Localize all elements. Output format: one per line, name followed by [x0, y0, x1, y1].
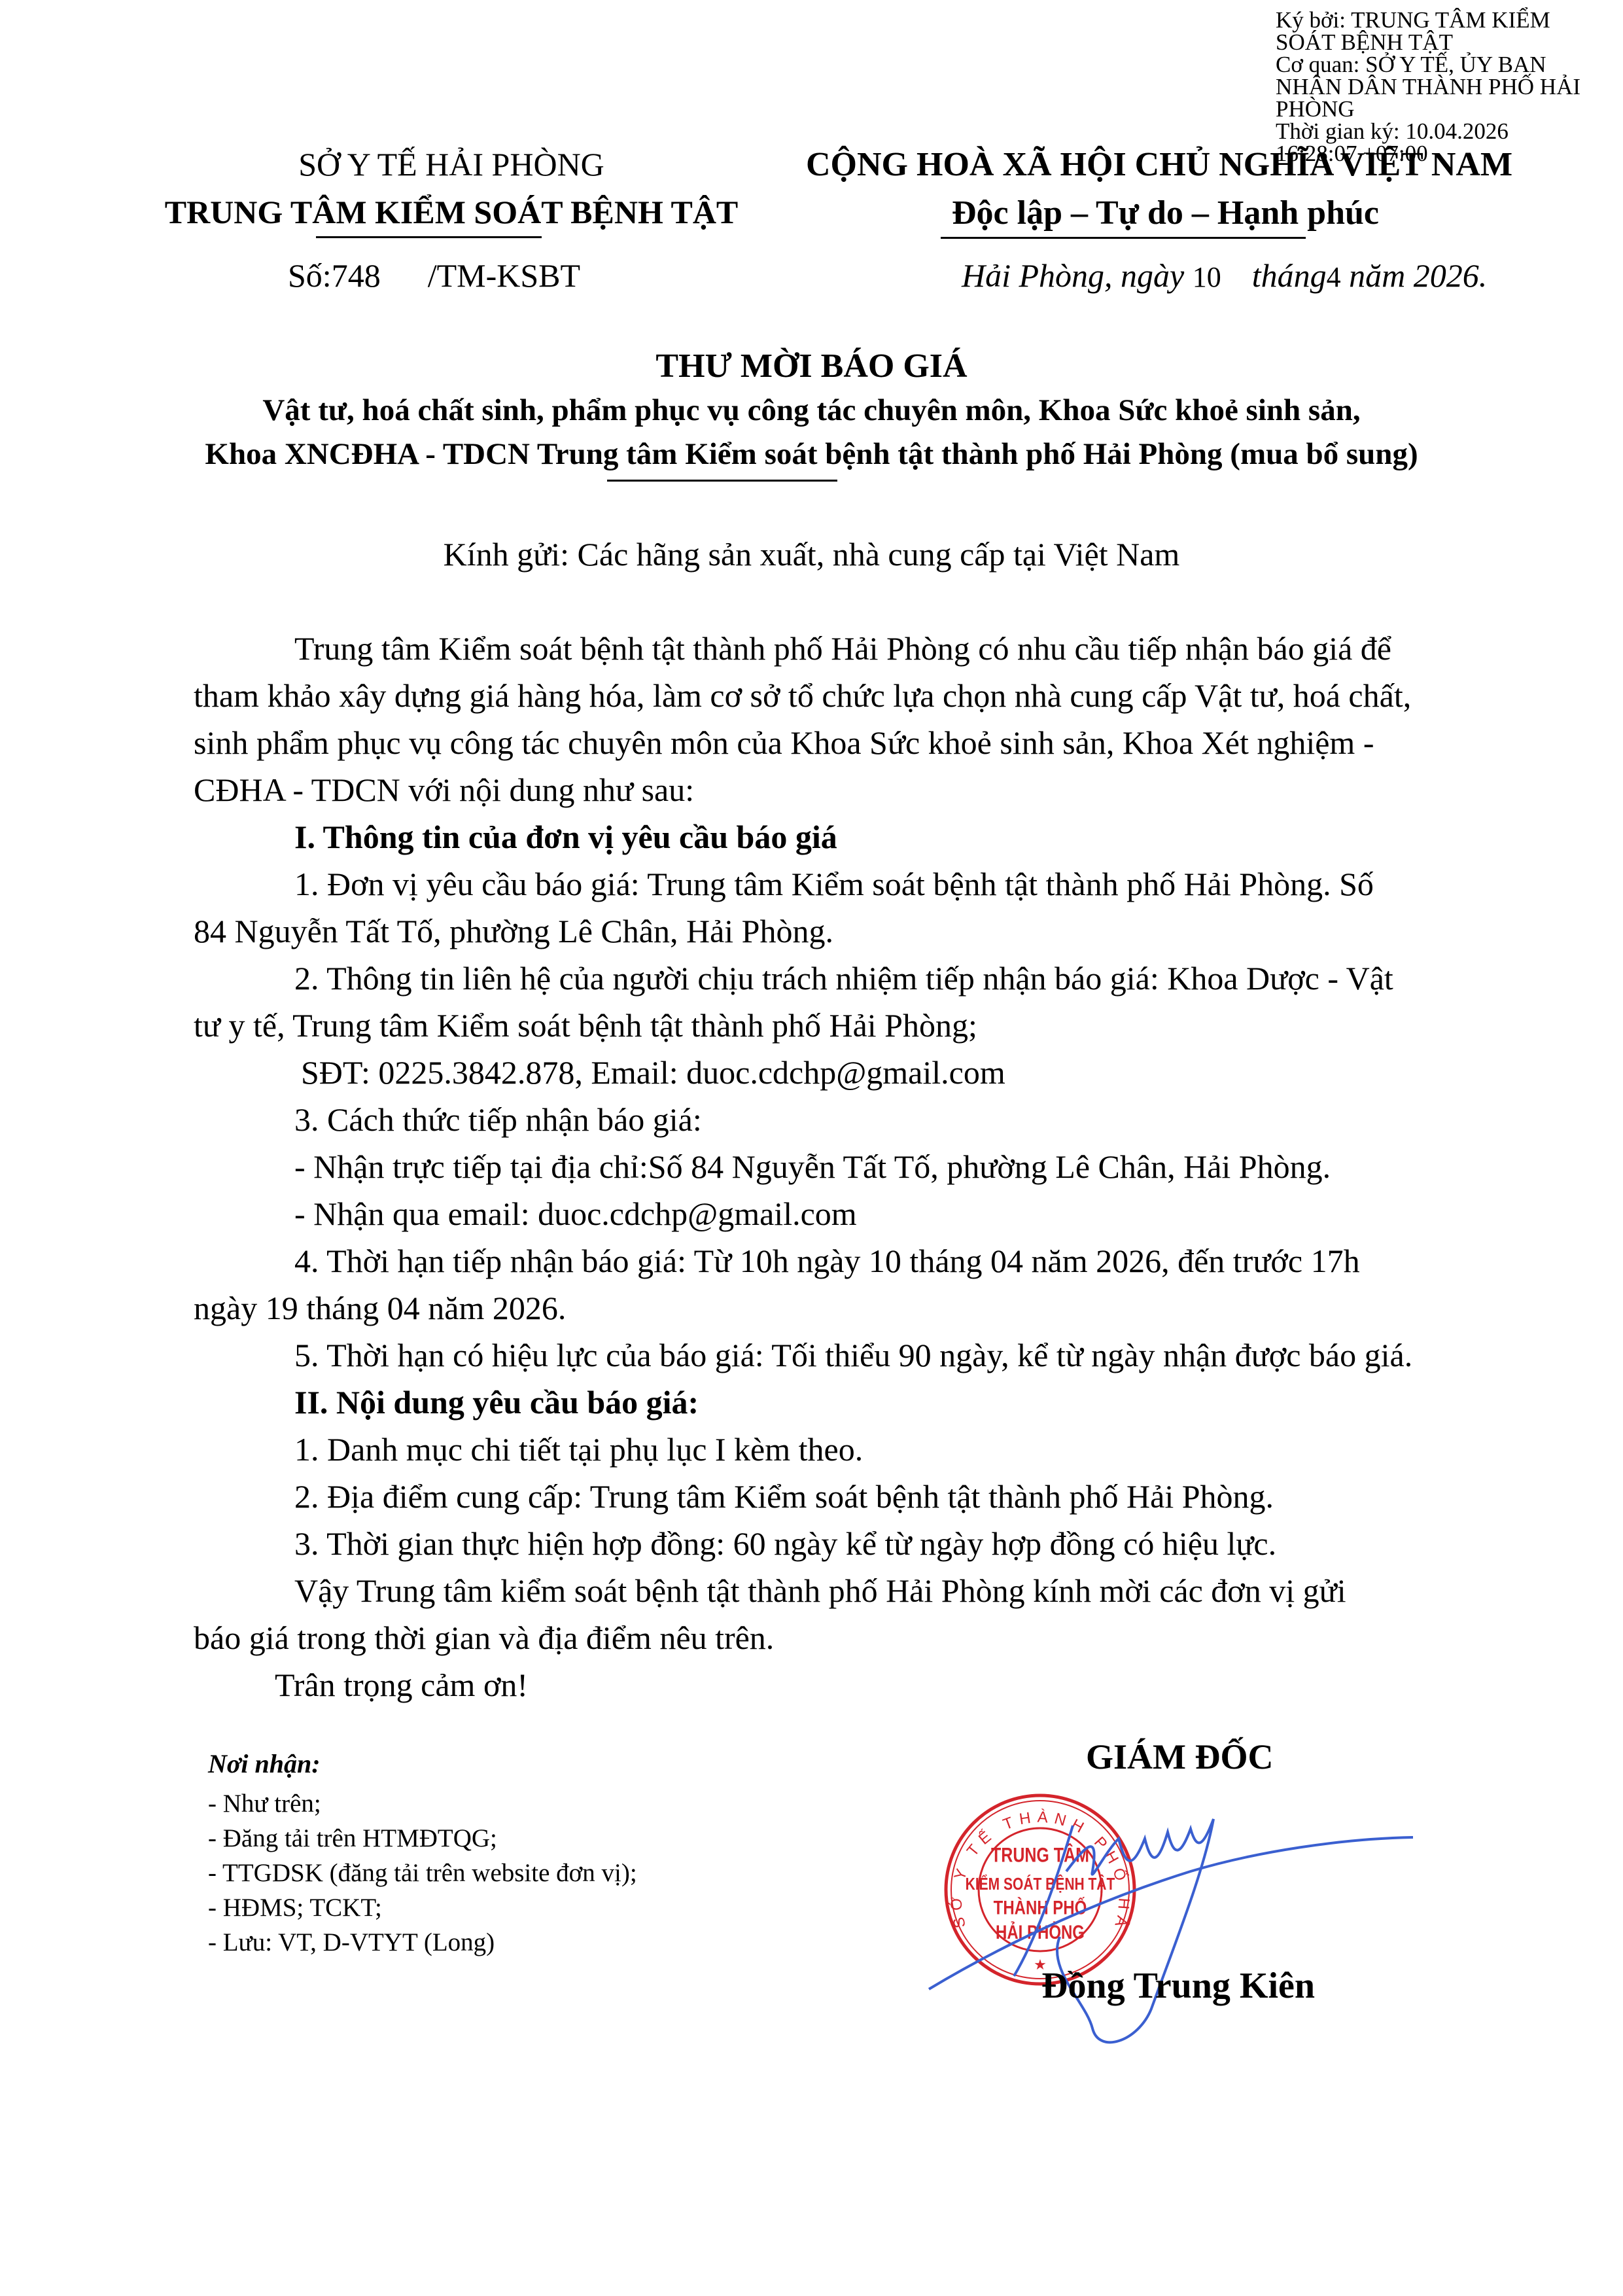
unit-underline [316, 236, 542, 238]
intro-line1: Trung tâm Kiểm soát bệnh tật thành phố H… [294, 625, 1391, 672]
recipient-item: - Lưu: VT, D-VTYT (Long) [208, 1925, 637, 1960]
document-subtitle-line2: Khoa XNCĐHA - TDCN Trung tâm Kiểm soát b… [0, 436, 1623, 472]
s1-item1-line2: 84 Nguyễn Tất Tố, phường Lê Chân, Hải Ph… [194, 908, 833, 955]
s1-item3-email: - Nhận qua email: duoc.cdchp@gmail.com [294, 1190, 857, 1237]
sig-line: Ký bởi: TRUNG TÂM KIỂM [1276, 9, 1580, 31]
s2-item2: 2. Địa điểm cung cấp: Trung tâm Kiểm soá… [294, 1473, 1274, 1520]
date-month-label: tháng [1252, 257, 1327, 294]
recipients-title: Nơi nhận: [208, 1748, 321, 1779]
closing-line1: Vậy Trung tâm kiểm soát bệnh tật thành p… [294, 1567, 1346, 1614]
digital-signature-info: Ký bởi: TRUNG TÂM KIỂM SOÁT BỆNH TẬT Cơ … [1276, 9, 1580, 165]
intro-line3: sinh phẩm phục vụ công tác chuyên môn củ… [194, 719, 1374, 766]
nation-title: CỘNG HOÀ XÃ HỘI CHỦ NGHĨA VIỆT NAM [806, 145, 1512, 184]
s1-item4-line2: ngày 19 tháng 04 năm 2026. [194, 1284, 566, 1332]
s1-item2-contact: SĐT: 0225.3842.878, Email: duoc.cdchp@gm… [301, 1049, 1005, 1096]
s1-item3: 3. Cách thức tiếp nhận báo giá: [294, 1096, 702, 1143]
document-title: THƯ MỜI BÁO GIÁ [0, 347, 1623, 385]
doc-number-value: 748 [332, 257, 381, 294]
s1-item3-direct: - Nhận trực tiếp tại địa chỉ:Số 84 Nguyễ… [294, 1143, 1331, 1190]
section1-heading: I. Thông tin của đơn vị yêu cầu báo giá [294, 813, 837, 860]
sig-line: SOÁT BỆNH TẬT [1276, 31, 1580, 54]
date-month: 4 [1327, 261, 1341, 293]
date-year: năm 2026. [1349, 257, 1487, 294]
signer-position: GIÁM ĐỐC [1086, 1737, 1273, 1777]
closing-line2: báo giá trong thời gian và địa điểm nêu … [194, 1614, 774, 1661]
motto-underline [941, 237, 1306, 239]
recipient-line: Kính gửi: Các hãng sản xuất, nhà cung cấ… [0, 535, 1623, 573]
signer-name: Đồng Trung Kiên [1041, 1965, 1315, 2007]
unit-name: TRUNG TÂM KIỂM SOÁT BỆNH TẬT [124, 193, 778, 231]
s1-item4-line1: 4. Thời hạn tiếp nhận báo giá: Từ 10h ng… [294, 1237, 1360, 1284]
document-subtitle-line1: Vật tư, hoá chất sinh, phẩm phục vụ công… [0, 393, 1623, 428]
place-date-prefix: Hải Phòng, ngày [962, 257, 1184, 294]
s2-item1: 1. Danh mục chi tiết tại phụ lục I kèm t… [294, 1426, 863, 1473]
sig-line: PHÒNG [1276, 98, 1580, 120]
sig-line: NHÂN DÂN THÀNH PHỐ HẢI [1276, 76, 1580, 98]
motto: Độc lập – Tự do – Hạnh phúc [952, 194, 1379, 232]
sig-line: Thời gian ký: 10.04.2026 [1276, 120, 1580, 143]
recipient-item: - Đăng tải trên HTMĐTQG; [208, 1821, 637, 1856]
doc-number: Số:748/TM-KSBT [288, 256, 580, 294]
sig-line: Cơ quan: SỞ Y TẾ, ỦY BAN [1276, 54, 1580, 76]
s1-item1-line1: 1. Đơn vị yêu cầu báo giá: Trung tâm Kiể… [294, 860, 1374, 908]
agency-name: SỞ Y TẾ HẢI PHÒNG [124, 145, 778, 183]
recipient-item: - Như trên; [208, 1786, 637, 1821]
date-day: 10 [1193, 261, 1221, 293]
s1-item5: 5. Thời hạn có hiệu lực của báo giá: Tối… [294, 1332, 1412, 1379]
place-date: Hải Phòng, ngày 10 tháng4 năm 2026. [962, 256, 1487, 294]
handwritten-signature-icon [916, 1793, 1413, 2055]
subtitle-underline [607, 480, 837, 482]
recipients-list: - Như trên; - Đăng tải trên HTMĐTQG; - T… [208, 1786, 637, 1960]
doc-number-label: Số: [288, 257, 332, 294]
section2-heading: II. Nội dung yêu cầu báo giá: [294, 1379, 699, 1426]
recipient-item: - TTGDSK (đăng tải trên website đơn vị); [208, 1856, 637, 1890]
s1-item2-line2: tư y tế, Trung tâm Kiểm soát bệnh tật th… [194, 1002, 977, 1049]
closing-thanks: Trân trọng cảm ơn! [275, 1661, 528, 1708]
intro-line2: tham khảo xây dựng giá hàng hóa, làm cơ … [194, 672, 1411, 719]
intro-line4: CĐHA - TDCN với nội dung như sau: [194, 766, 694, 813]
recipient-item: - HĐMS; TCKT; [208, 1890, 637, 1925]
s1-item2-line1: 2. Thông tin liên hệ của người chịu trác… [294, 955, 1393, 1002]
s2-item3: 3. Thời gian thực hiện hợp đồng: 60 ngày… [294, 1520, 1276, 1567]
doc-code: /TM-KSBT [428, 257, 580, 294]
